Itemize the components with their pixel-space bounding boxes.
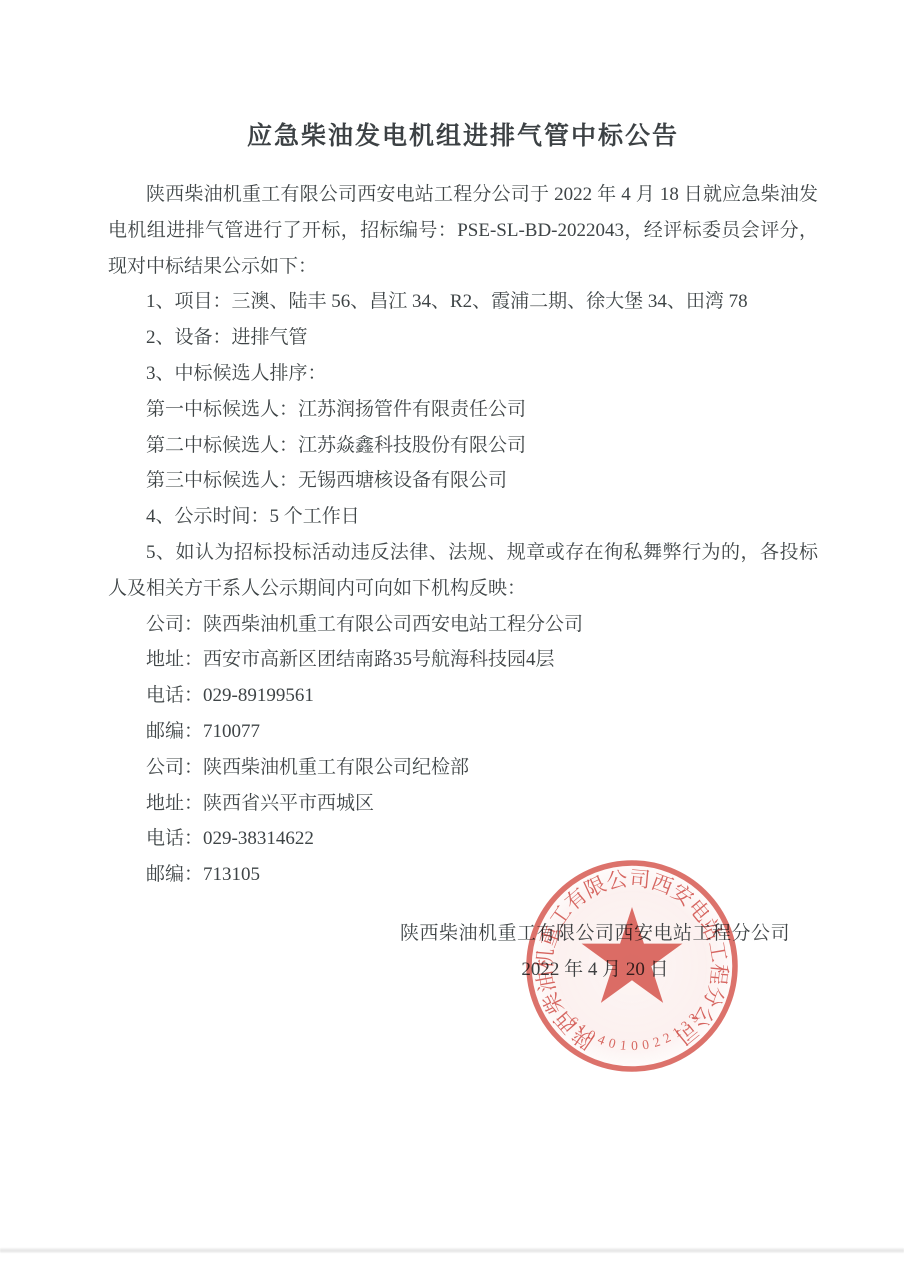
intro-paragraph: 陕西柴油机重工有限公司西安电站工程分公司于 2022 年 4 月 18 日就应急… [108,177,818,284]
item-project: 1、项目：三澳、陆丰 56、昌江 34、R2、霞浦二期、徐大堡 34、田湾 78 [108,284,818,320]
signature-date: 2022 年 4 月 20 日 [400,952,790,988]
item-publicity-period: 4、公示时间：5 个工作日 [108,499,818,535]
document-body: 陕西柴油机重工有限公司西安电站工程分公司于 2022 年 4 月 18 日就应急… [108,177,818,893]
seal-serial-number: 6104010022133 [566,1010,701,1053]
contact-branch-postcode: 邮编：710077 [108,714,818,750]
document-page: 应急柴油发电机组进排气管中标公告 陕西柴油机重工有限公司西安电站工程分公司于 2… [0,0,904,1280]
seal-serial-wrap: 6104010022133 [566,1010,701,1053]
contact-branch-company: 公司：陕西柴油机重工有限公司西安电站工程分公司 [108,607,818,643]
contact-discipline-address: 地址：陕西省兴平市西城区 [108,786,818,822]
item-candidates-heading: 3、中标候选人排序： [108,356,818,392]
contact-branch-address: 地址：西安市高新区团结南路35号航海科技园4层 [108,642,818,678]
item-complaint-clause: 5、如认为招标投标活动违反法律、法规、规章或存在徇私舞弊行为的，各投标人及相关方… [108,535,818,607]
signature-company: 陕西柴油机重工有限公司西安电站工程分公司 [400,916,790,952]
candidate-first: 第一中标候选人：江苏润扬管件有限责任公司 [108,392,818,428]
contact-branch-phone: 电话：029-89199561 [108,678,818,714]
candidate-second: 第二中标候选人：江苏焱鑫科技股份有限公司 [108,428,818,464]
contact-discipline-company: 公司：陕西柴油机重工有限公司纪检部 [108,750,818,786]
candidate-third: 第三中标候选人：无锡西塘核设备有限公司 [108,463,818,499]
document-title: 应急柴油发电机组进排气管中标公告 [108,0,818,156]
item-equipment: 2、设备：进排气管 [108,320,818,356]
contact-discipline-phone: 电话：029-38314622 [108,821,818,857]
scan-bottom-shadow [0,1248,904,1253]
signature-block: 陕西柴油机重工有限公司西安电站工程分公司 2022 年 4 月 20 日 [400,916,790,988]
contact-discipline-postcode: 邮编：713105 [108,857,818,893]
document-content: 应急柴油发电机组进排气管中标公告 陕西柴油机重工有限公司西安电站工程分公司于 2… [108,0,818,893]
